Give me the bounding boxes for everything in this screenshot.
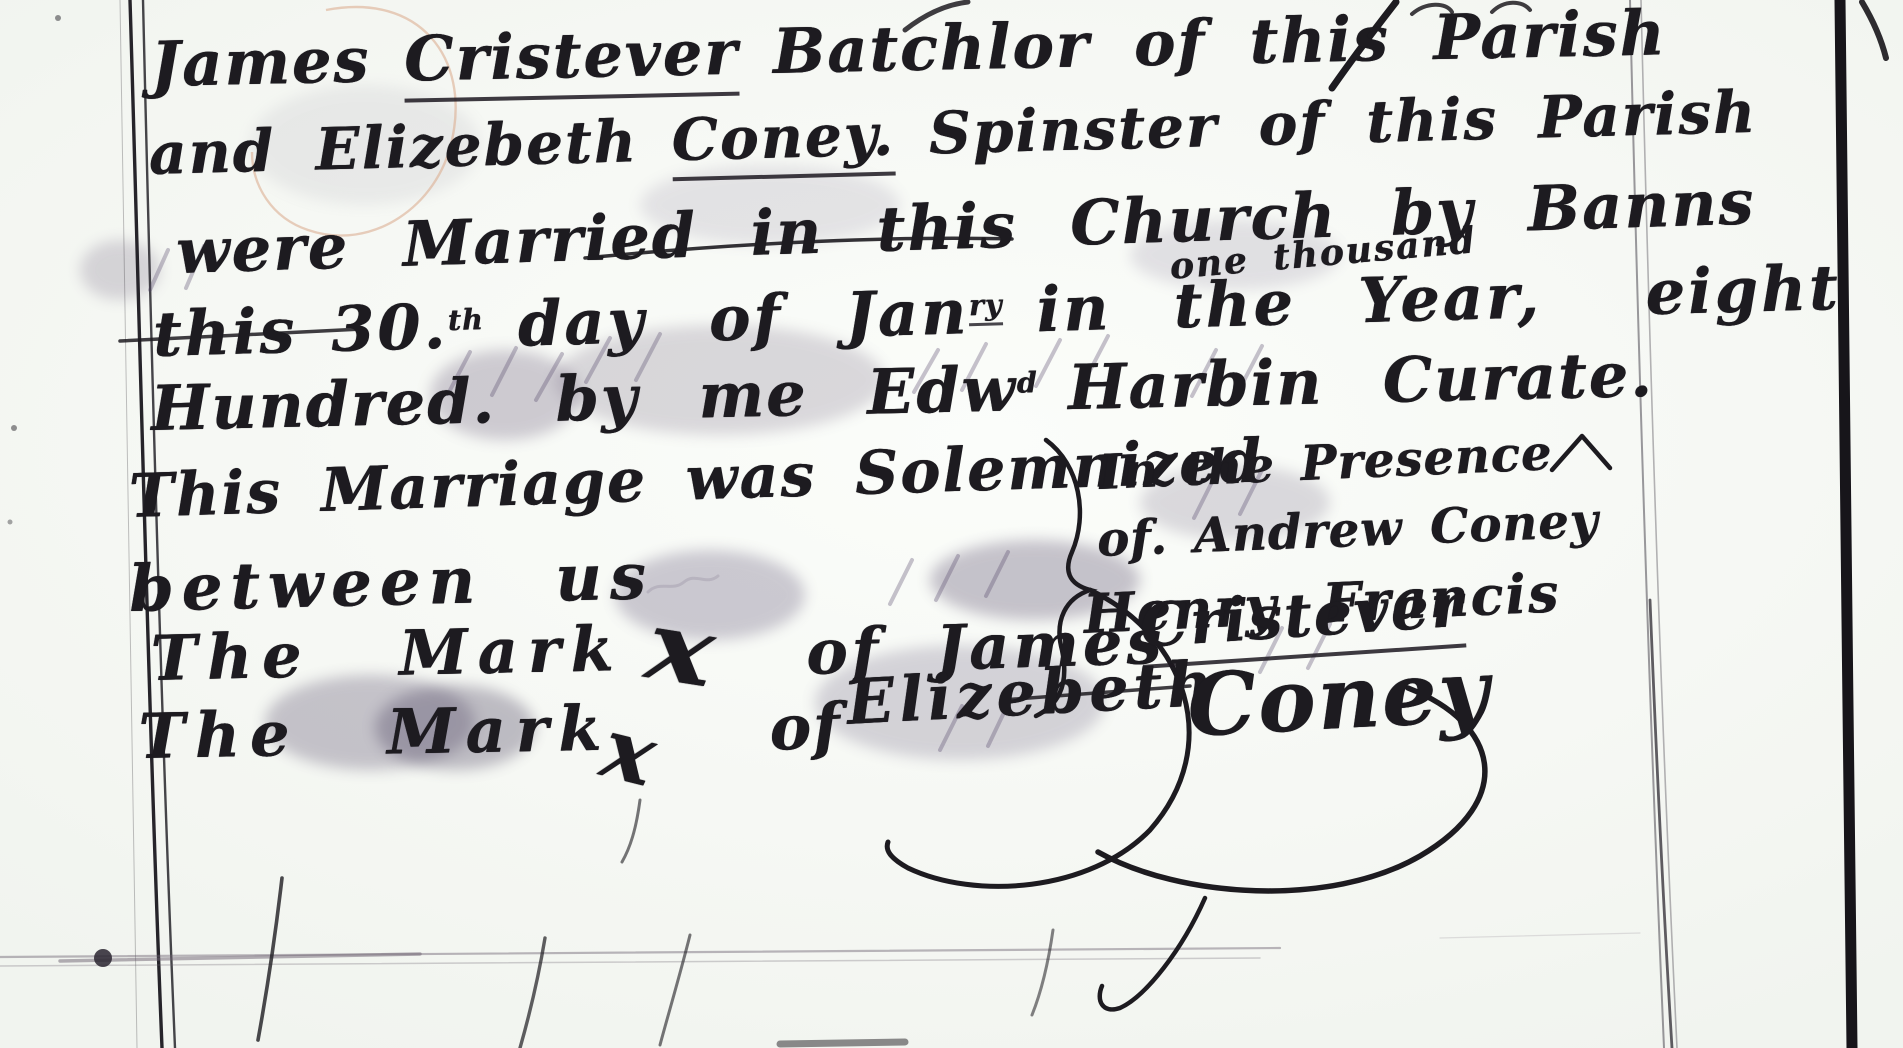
curate-name: Harbin Curate.	[1067, 338, 1654, 424]
groom-mark-prefix-text: The Mark	[150, 612, 624, 695]
curate-name-sup: d	[1016, 365, 1038, 399]
groom-surname: Cristever	[403, 16, 739, 103]
date-year-words: in the Year,	[1036, 259, 1543, 346]
bride-mark-surname-text: Coney	[1185, 640, 1493, 757]
presence-of-word: of.	[1096, 509, 1169, 568]
groom-mark-prefix: The Mark	[150, 612, 624, 695]
insertion-caret-icon	[1552, 436, 1610, 470]
bride-mark-of: of	[768, 689, 843, 765]
right-thick-rule	[1840, 0, 1886, 1048]
day-number: 30.th	[330, 289, 485, 366]
day-ordinal: th	[447, 302, 484, 337]
bride-mark-surname: Coney	[1185, 640, 1493, 757]
bride-line-prefix: and Elizebeth	[148, 107, 639, 188]
bride-mark-prefix-text: The Mark	[138, 692, 612, 773]
groom-first-name: James	[150, 23, 371, 101]
date-mid-words: day of Janry	[517, 274, 1004, 361]
month-abbrev-sup: ry	[968, 288, 1003, 327]
right-thin-rule	[1630, 0, 1677, 1048]
bride-mark-prefix: The Mark	[138, 692, 612, 773]
scanned-marriage-record: JamesCristeverBatchlor of this Parish an…	[0, 0, 1903, 1048]
bottom-horizontal-rule	[0, 933, 1640, 967]
year-word-eight: eight	[1645, 251, 1842, 329]
date-this-word: this	[152, 294, 298, 371]
bride-surname: Coney.	[671, 100, 896, 181]
bride-mark-of-text: of	[768, 689, 843, 765]
